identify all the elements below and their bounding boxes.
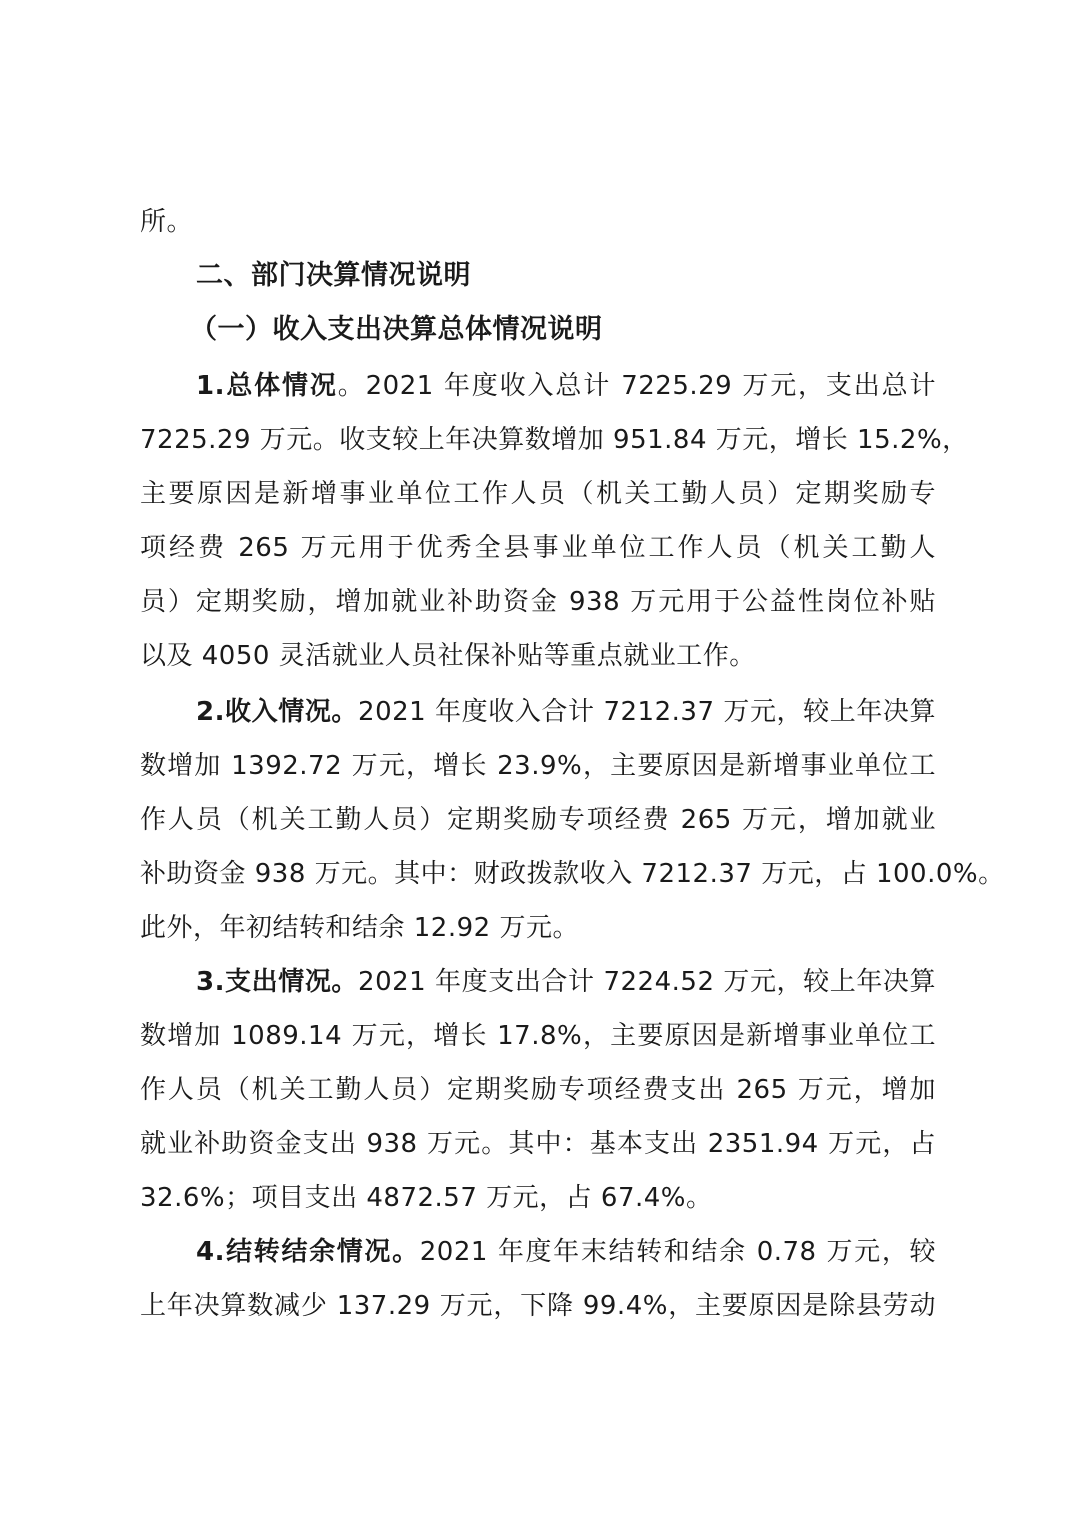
paragraph-income-line-2: 数增加 1392.72 万元，增长 23.9%，主要原因是新增事业单位工 (140, 746, 936, 786)
paragraph-text: 。2021 年度收入总计 7225.29 万元，支出总计 (338, 371, 936, 401)
paragraph-expenditure-line-4: 就业补助资金支出 938 万元。其中：基本支出 2351.94 万元，占 (140, 1124, 936, 1164)
previous-paragraph-tail: 所。 (140, 202, 936, 242)
paragraph-overall-line-5: 员）定期奖励，增加就业补助资金 938 万元用于公益性岗位补贴 (140, 582, 936, 622)
paragraph-overall-line-2: 7225.29 万元。收支较上年决算数增加 951.84 万元，增长 15.2%… (140, 420, 936, 460)
section-heading: 二、部门决算情况说明 (196, 256, 936, 296)
paragraph-overall-line-4: 项经费 265 万元用于优秀全县事业单位工作人员（机关工勤人 (140, 528, 936, 568)
paragraph-income-line-4: 补助资金 938 万元。其中：财政拨款收入 7212.37 万元，占 100.0… (140, 854, 936, 894)
paragraph-text: 2021 年度收入合计 7212.37 万元，较上年决算 (358, 697, 936, 727)
paragraph-income-line-1: 2.收入情况。2021 年度收入合计 7212.37 万元，较上年决算 (196, 692, 936, 732)
paragraph-expenditure-line-3: 作人员（机关工勤人员）定期奖励专项经费支出 265 万元，增加 (140, 1070, 936, 1110)
paragraph-overall-line-6: 以及 4050 灵活就业人员社保补贴等重点就业工作。 (140, 636, 936, 676)
document-page: 所。 二、部门决算情况说明 （一）收入支出决算总体情况说明 1.总体情况。202… (0, 0, 1074, 1520)
paragraph-overall-line-1: 1.总体情况。2021 年度收入总计 7225.29 万元，支出总计 (196, 366, 936, 406)
paragraph-expenditure-line-1: 3.支出情况。2021 年度支出合计 7224.52 万元，较上年决算 (196, 962, 936, 1002)
paragraph-income-line-3: 作人员（机关工勤人员）定期奖励专项经费 265 万元，增加就业 (140, 800, 936, 840)
paragraph-lead-carryover: 4.结转结余情况。 (196, 1237, 420, 1267)
paragraph-lead-overall: 1.总体情况 (196, 371, 338, 401)
paragraph-overall-line-3: 主要原因是新增事业单位工作人员（机关工勤人员）定期奖励专 (140, 474, 936, 514)
paragraph-carryover-line-2: 上年决算数减少 137.29 万元，下降 99.4%，主要原因是除县劳动 (140, 1286, 936, 1326)
paragraph-expenditure-line-5: 32.6%；项目支出 4872.57 万元，占 67.4%。 (140, 1178, 936, 1218)
paragraph-text: 2021 年度年末结转和结余 0.78 万元，较 (420, 1237, 936, 1267)
paragraph-income-line-5: 此外，年初结转和结余 12.92 万元。 (140, 908, 936, 948)
paragraph-text: 2021 年度支出合计 7224.52 万元，较上年决算 (358, 967, 936, 997)
paragraph-carryover-line-1: 4.结转结余情况。2021 年度年末结转和结余 0.78 万元，较 (196, 1232, 936, 1272)
subsection-heading: （一）收入支出决算总体情况说明 (190, 310, 986, 350)
paragraph-lead-income: 2.收入情况。 (196, 697, 358, 727)
paragraph-lead-expenditure: 3.支出情况。 (196, 967, 358, 997)
paragraph-expenditure-line-2: 数增加 1089.14 万元，增长 17.8%，主要原因是新增事业单位工 (140, 1016, 936, 1056)
